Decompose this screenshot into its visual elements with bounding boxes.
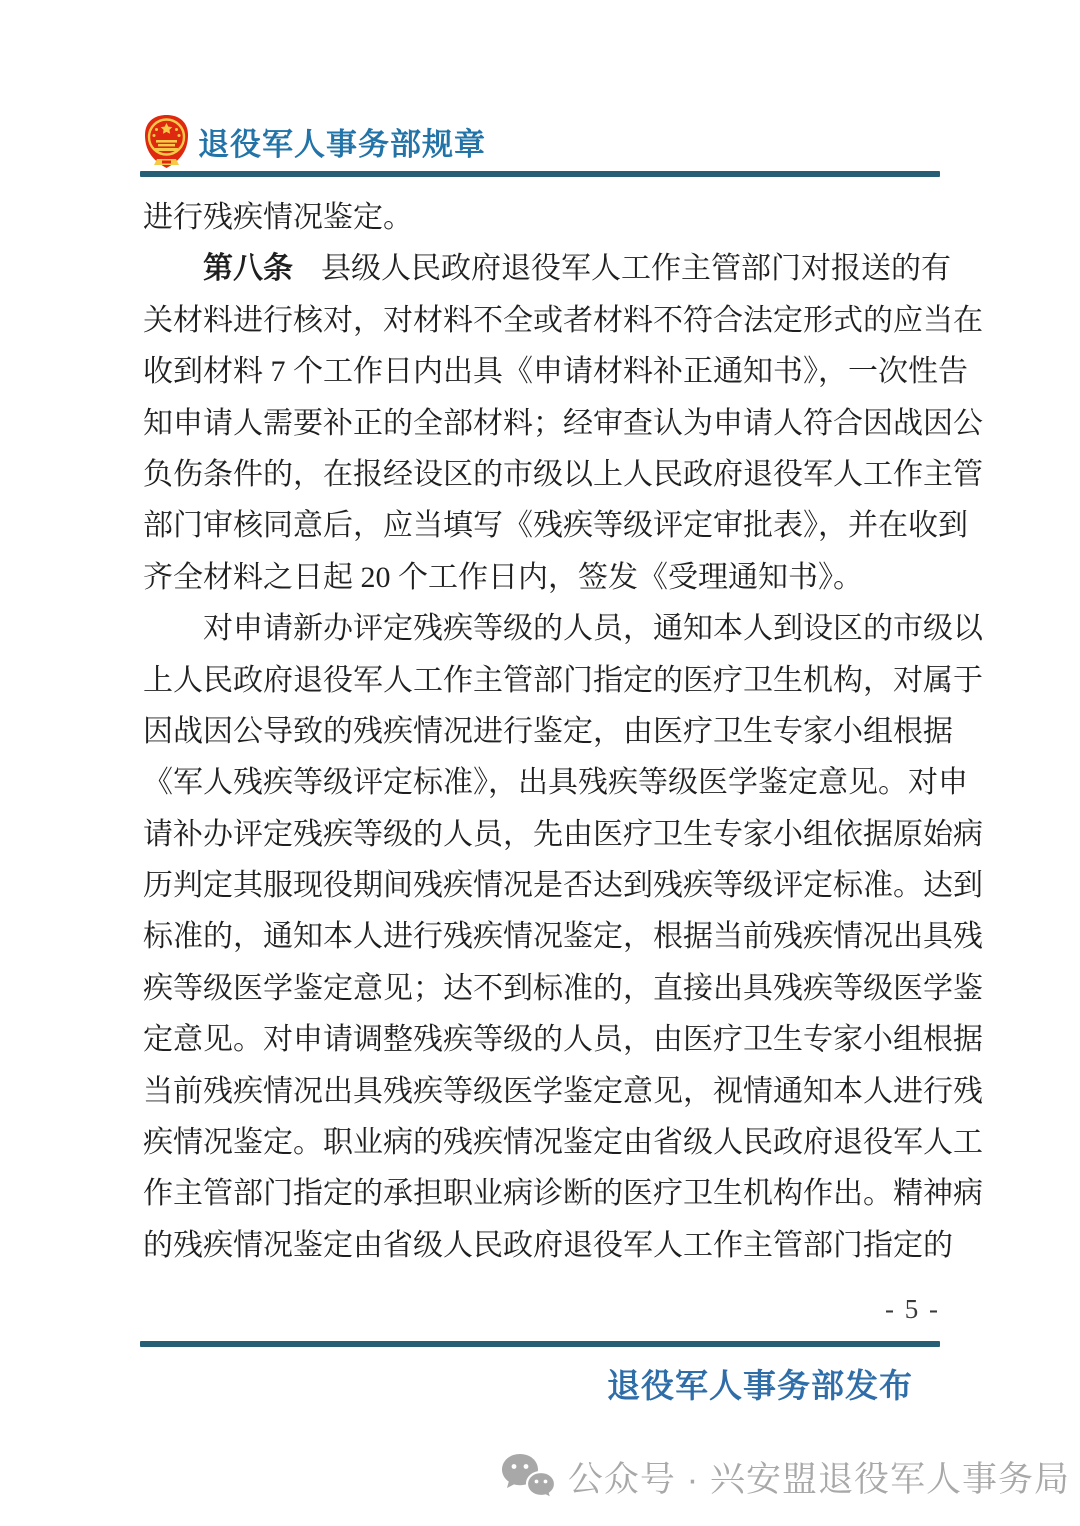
body-line: 请补办评定残疾等级的人员，先由医疗卫生专家小组依据原始病 (143, 809, 940, 860)
body-line: 负伤条件的，在报经设区的市级以上人民政府退役军人工作主管 (143, 449, 940, 500)
body-line: 定意见。对申请调整残疾等级的人员，由医疗卫生专家小组根据 (143, 1014, 940, 1065)
body-line: 标准的，通知本人进行残疾情况鉴定，根据当前残疾情况出具残 (143, 911, 940, 962)
footer-rule (140, 1341, 940, 1347)
article-number-label: 第八条 (203, 252, 293, 285)
body-line: 部门审核同意后，应当填写《残疾等级评定审批表》，并在收到 (143, 500, 940, 551)
page-header: 退役军人事务部规章 (143, 114, 940, 169)
body-line: 作主管部门指定的承担职业病诊断的医疗卫生机构作出。精神病 (143, 1168, 940, 1219)
header-rule (140, 171, 940, 177)
watermark: 公众号 · 兴安盟退役军人事务局 (0, 1452, 1070, 1502)
page-title: 退役军人事务部规章 (198, 119, 486, 164)
body-line: 进行残疾情况鉴定。 (143, 192, 940, 243)
watermark-text: 公众号 · 兴安盟退役军人事务局 (568, 1452, 1070, 1502)
body-line: 《军人残疾等级评定标准》，出具残疾等级医学鉴定意见。对申 (143, 757, 940, 808)
document-body: 进行残疾情况鉴定。 第八条县级人民政府退役军人工作主管部门对报送的有 关材料进行… (143, 192, 940, 1271)
body-line: 当前残疾情况出具残疾等级医学鉴定意见，视情通知本人进行残 (143, 1066, 940, 1117)
body-line: 知申请人需要补正的全部材料；经审查认为申请人符合因战因公 (143, 398, 940, 449)
document-page: 退役军人事务部规章 进行残疾情况鉴定。 第八条县级人民政府退役军人工作主管部门对… (0, 0, 1080, 1526)
body-line: 疾情况鉴定。职业病的残疾情况鉴定由省级人民政府退役军人工 (143, 1117, 940, 1168)
body-line: 上人民政府退役军人工作主管部门指定的医疗卫生机构，对属于 (143, 655, 940, 706)
body-line: 因战因公导致的残疾情况进行鉴定，由医疗卫生专家小组根据 (143, 706, 940, 757)
page-number: - 5 - (143, 1294, 940, 1325)
body-line: 第八条县级人民政府退役军人工作主管部门对报送的有 (143, 243, 940, 294)
body-line: 的残疾情况鉴定由省级人民政府退役军人工作主管部门指定的 (143, 1220, 940, 1271)
body-line: 疾等级医学鉴定意见；达不到标准的，直接出具残疾等级医学鉴 (143, 963, 940, 1014)
body-line-text: 县级人民政府退役军人工作主管部门对报送的有 (321, 252, 951, 285)
body-line: 齐全材料之日起 20 个工作日内，签发《受理通知书》。 (143, 552, 940, 603)
body-line: 历判定其服现役期间残疾情况是否达到残疾等级评定标准。达到 (143, 860, 940, 911)
publisher-label: 退役军人事务部发布 (143, 1360, 913, 1407)
body-line: 对申请新办评定残疾等级的人员，通知本人到设区的市级以 (143, 603, 940, 654)
body-line: 收到材料 7 个工作日内出具《申请材料补正通知书》，一次性告 (143, 346, 940, 397)
wechat-icon (500, 1452, 556, 1502)
body-line: 关材料进行核对，对材料不全或者材料不符合法定形式的应当在 (143, 295, 940, 346)
national-emblem-icon (143, 114, 190, 169)
